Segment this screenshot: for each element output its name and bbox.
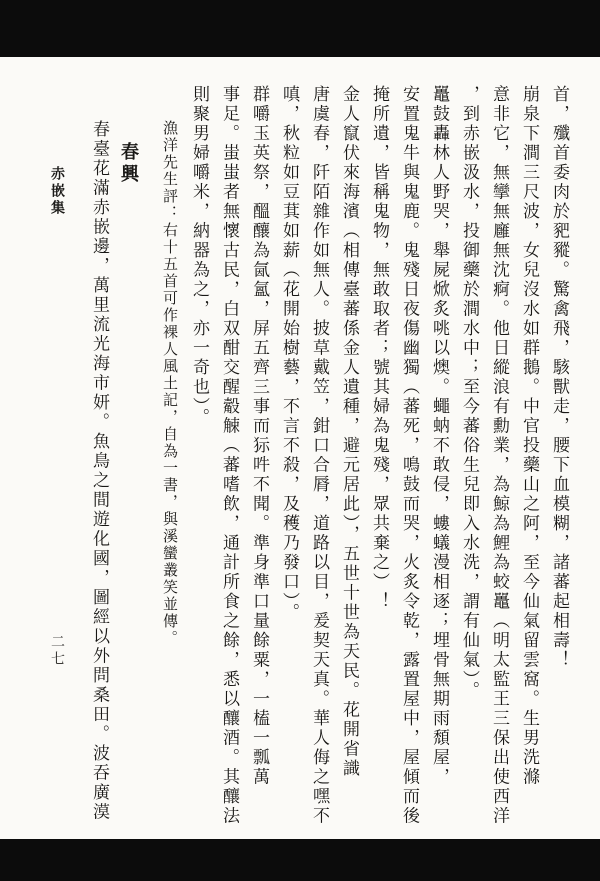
page-number: 二七 (46, 634, 66, 668)
gutter-book-title: 赤嵌集 (46, 166, 66, 217)
scan-artifact-bottom-bar (0, 839, 600, 881)
scanned-book-page: 首，殲首委肉於豝豵。驚禽飛，駭獸走，腰下血模糊，諸蕃起相壽！ 崩泉下澗三尺波，女… (0, 0, 600, 881)
text-column: 安置鬼牛與鬼鹿。鬼殘日夜傷幽獨（蕃死，鳴鼓而哭，火炙令乾，露置屋中，屋傾而後 (394, 85, 424, 833)
text-column: 春臺花滿赤嵌邊，萬里流光海市妍。魚鳥之間遊化國，圖經以外問桑田。波吞廣漠 (84, 85, 114, 833)
text-column: 意非它，無攣無廱無沈痾。他日縱浪有勳業，為鯨為鯉為蛟鼉（明太監王三保出使西洋 (484, 85, 514, 833)
scan-artifact-top-bar (0, 0, 600, 57)
text-column: 群嚼玉英祭，醞釀為氤氳，屏五齊三事而狋吽不聞。準身準口量餘粟，一榼一瓢萬 (244, 85, 274, 833)
vertical-text-block: 首，殲首委肉於豝豵。驚禽飛，駭獸走，腰下血模糊，諸蕃起相壽！ 崩泉下澗三尺波，女… (84, 85, 574, 833)
text-column: ，到赤嵌汲水，投御藥於澗水中；至今蕃俗生兒即入水洗，謂有仙氣）。 (454, 85, 484, 833)
text-column: 嗔，秋粒如豆萁如薪（花開始樹藝，不言不殺，及穫乃發口）。 (274, 85, 304, 833)
text-column: 金人竄伏來海濱（相傳臺蕃係金人遺種，避元居此），五世十世為天民。花開省識 (334, 85, 364, 833)
text-column: 鼉鼓轟林人野哭，舉屍焮炙咷以燠。蠅蚋不敢侵，螻蟻漫相逐；埋骨無期雨頹屋， (424, 85, 454, 833)
text-column: 掩所遺，皆稱鬼物，無敢取者；號其婦為鬼殘，眾共棄之）！ (364, 85, 394, 833)
text-column: 首，殲首委肉於豝豵。驚禽飛，駭獸走，腰下血模糊，諸蕃起相壽！ (544, 85, 574, 833)
text-column: 唐虞春，阡陌雜作如無人。披草戴笠，鉗口合脣，道路以目，爰契天真。華人侮之嘿不 (304, 85, 334, 833)
text-column: 崩泉下澗三尺波，女兒沒水如群鵝。中官投藥山之阿，至今仙氣留雲窩。生男洗滌 (514, 85, 544, 833)
text-column: 則聚男婦嚼米，納器為之，亦一奇也）。 (184, 85, 214, 833)
critic-comment-column: 漁洋先生評：右十五首可作裸人風土記，自為一書，與溪蠻叢笑並傳。 (154, 85, 184, 833)
poem-title: 春興 (114, 85, 144, 833)
text-column: 事足。蚩蚩者無懷古民，白双酣交醒觳觫（蕃嗜飲，通計所食之餘，悉以釀酒。其釀法 (214, 85, 244, 833)
